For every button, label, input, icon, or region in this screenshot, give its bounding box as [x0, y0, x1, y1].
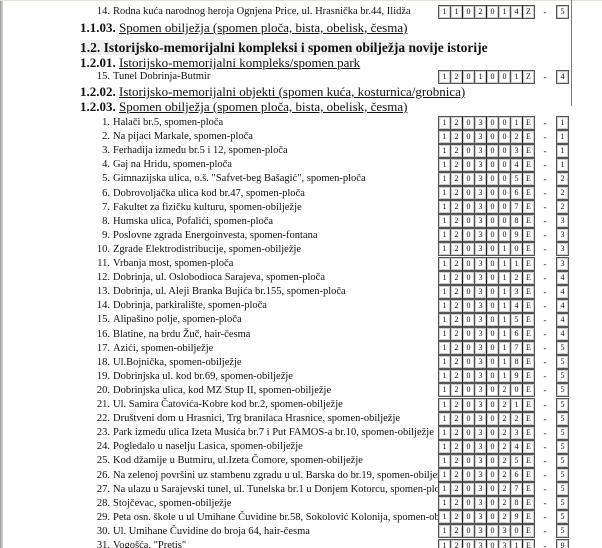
item-code: 1203028E-5 [438, 497, 569, 510]
code-separator: - [534, 483, 556, 495]
code-category-cell: 5 [556, 440, 569, 454]
item-code: 1203031E-9 [438, 539, 569, 548]
item-code: 1203006E-2 [438, 187, 569, 200]
code-separator: - [534, 511, 556, 523]
code-category-cell: 2 [556, 186, 569, 200]
item-code: 1203023E-5 [438, 426, 569, 439]
code-separator: - [534, 370, 556, 382]
code-category-cell: 1 [556, 116, 569, 130]
code-separator: - [534, 6, 556, 18]
subsection-1-2-02: 1.2.02. Istorijsko-memorijalni objekti (… [0, 84, 602, 100]
code-category-cell: 3 [556, 242, 569, 256]
item-code: 1203008E-3 [438, 215, 569, 228]
subsection-title: Spomen obilježja (spomen ploča, bista, o… [119, 99, 407, 114]
code-separator: - [534, 145, 556, 157]
item-code: 1203004E-1 [438, 158, 569, 171]
item-label: Rodna kuća narodnog heroja Ognjena Price… [113, 4, 411, 20]
code-separator: - [534, 272, 556, 284]
code-category-cell: 5 [556, 383, 569, 397]
item-code: 1203003E-1 [438, 144, 569, 157]
item-code: 1203027E-5 [438, 483, 569, 496]
item-code: 1203010E-3 [438, 243, 569, 256]
subsection-1-2-03: 1.2.03. Spomen obilježja (spomen ploča, … [0, 99, 602, 115]
code-category-cell: 2 [556, 172, 569, 186]
item-code: 1203024E-5 [438, 440, 569, 453]
item-code: 1203013E-4 [438, 285, 569, 298]
code-category-cell: 1 [556, 144, 569, 158]
item-code: 1203014E-4 [438, 299, 569, 312]
code-category-cell: 4 [556, 285, 569, 299]
item-code: 1203011E-3 [438, 257, 569, 270]
code-separator: - [534, 243, 556, 255]
list-item: 15. Tunel Dobrinja-Butmir 1201001Z-4 [0, 69, 602, 85]
subsection-number: 1.2.03. [80, 99, 116, 114]
code-separator: - [534, 525, 556, 537]
item-code: 1203026E-5 [438, 469, 569, 482]
item-code: 1203009E-3 [438, 229, 569, 242]
code-category-cell: 5 [556, 369, 569, 383]
code-category-cell: 5 [556, 341, 569, 355]
code-separator: - [534, 117, 556, 129]
code-separator: - [534, 342, 556, 354]
code-category-cell: 5 [556, 355, 569, 369]
code-category-cell: 1 [556, 158, 569, 172]
code-separator: - [534, 356, 556, 368]
item-label: Vogošća, "Pretis" [113, 538, 186, 548]
page-top-edge [0, 0, 602, 1]
code-category-cell: 5 [556, 426, 569, 440]
code-separator: - [534, 455, 556, 467]
item-code: 1203018E-5 [438, 356, 569, 369]
code-category-cell: 4 [556, 70, 569, 84]
item-code: 1203016E-4 [438, 328, 569, 341]
code-separator: - [534, 427, 556, 439]
code-separator: - [534, 173, 556, 185]
code-category-cell: 3 [556, 228, 569, 242]
subsection-number: 1.2.02. [80, 84, 116, 99]
code-separator: - [534, 497, 556, 509]
subsection-number: 1.2.01. [80, 55, 116, 70]
item-number: 14. [76, 4, 110, 20]
code-category-cell: 5 [556, 454, 569, 468]
code-category-cell: 4 [556, 299, 569, 313]
code-separator: - [534, 159, 556, 171]
item-code: 1203007E-2 [438, 201, 569, 214]
code-category-cell: 4 [556, 327, 569, 341]
code-separator: - [534, 201, 556, 213]
item-code: 1203030E-5 [438, 525, 569, 538]
item-code: 1203012E-4 [438, 271, 569, 284]
item-code: 1203002E-1 [438, 130, 569, 143]
code-separator: - [534, 413, 556, 425]
item-code: 1102014Z-5 [438, 5, 569, 18]
list-item: 14. Rodna kuća narodnog heroja Ognjena P… [0, 4, 602, 20]
section-heading-1-2: 1.2. Istorijsko-memorijalni kompleksi i … [80, 40, 436, 55]
item-label: Tunel Dobrinja-Butmir [113, 69, 210, 85]
code-category-cell: 4 [556, 271, 569, 285]
item-number: 31. [76, 538, 110, 548]
item-code: 1201001Z-4 [438, 70, 569, 83]
subsection-title: Spomen obilježja (spomen ploča, bista, o… [119, 20, 407, 35]
code-category-cell: 5 [556, 510, 569, 524]
code-separator: - [534, 314, 556, 326]
code-category-cell: 4 [556, 313, 569, 327]
code-separator: - [534, 328, 556, 340]
code-separator: - [534, 399, 556, 411]
code-separator: - [534, 229, 556, 241]
list-item: 31.Vogošća, "Pretis"1203031E-9 [0, 538, 602, 548]
code-separator: - [534, 258, 556, 270]
item-code: 1203005E-2 [438, 172, 569, 185]
code-category-cell: 5 [556, 496, 569, 510]
code-category-cell: 5 [556, 524, 569, 538]
code-separator: - [534, 187, 556, 199]
item-code: 1203015E-4 [438, 313, 569, 326]
code-category-cell: 2 [556, 200, 569, 214]
item-code: 1203025E-5 [438, 454, 569, 467]
code-category-cell: 5 [556, 482, 569, 496]
item-code: 1203021E-5 [438, 398, 569, 411]
code-separator: - [534, 131, 556, 143]
code-category-cell: 5 [556, 5, 569, 19]
code-category-cell: 5 [556, 468, 569, 482]
subsection-1-1-03: 1.1.03. Spomen obilježja (spomen ploča, … [0, 20, 602, 36]
code-category-cell: 1 [556, 130, 569, 144]
item-code: 1203017E-5 [438, 342, 569, 355]
item-code: 1203029E-5 [438, 511, 569, 524]
code-separator: - [534, 441, 556, 453]
subsection-title: Istorijsko-memorijalni kompleks/spomen p… [119, 55, 360, 70]
code-separator: - [534, 540, 556, 548]
code-category-cell: 3 [556, 214, 569, 228]
item-code: 1203019E-5 [438, 370, 569, 383]
code-separator: - [534, 300, 556, 312]
subsection-number: 1.1.03. [80, 20, 116, 35]
code-category-cell: 3 [556, 257, 569, 271]
subsection-title: Istorijsko-memorijalni objekti (spomen k… [119, 84, 465, 99]
code-category-cell: 5 [556, 398, 569, 412]
code-separator: - [534, 286, 556, 298]
code-separator: - [534, 215, 556, 227]
item-code: 1203020E-5 [438, 384, 569, 397]
code-separator: - [534, 469, 556, 481]
code-separator: - [534, 384, 556, 396]
code-category-cell: 9 [556, 539, 569, 548]
code-separator: - [534, 71, 556, 83]
item-code: 1203022E-5 [438, 412, 569, 425]
code-category-cell: 5 [556, 412, 569, 426]
item-number: 15. [76, 69, 110, 85]
item-code: 1203001E-1 [438, 116, 569, 129]
